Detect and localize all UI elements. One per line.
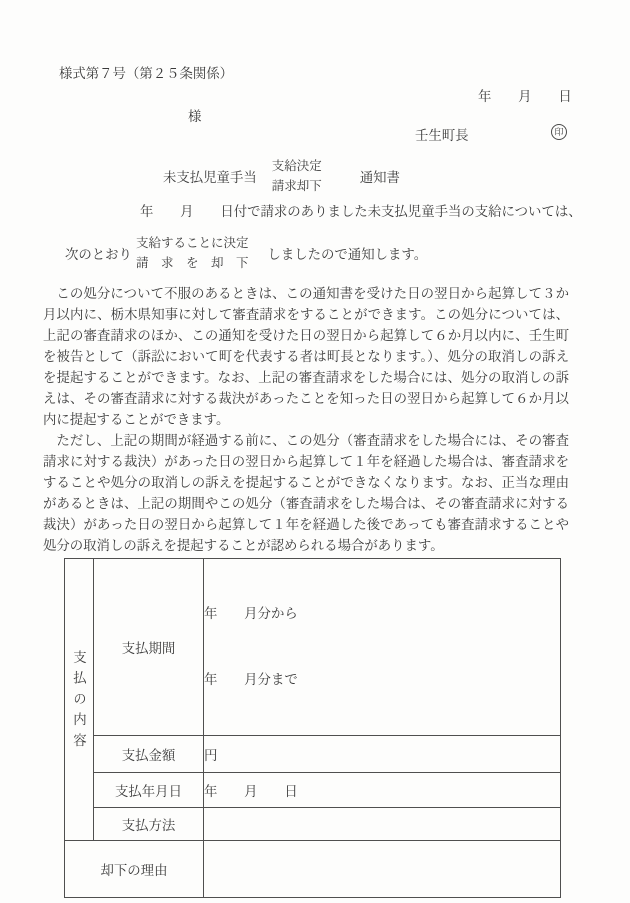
table-row-rejection-reason: 却下の理由 bbox=[65, 841, 561, 898]
seal-label: 印 bbox=[554, 127, 563, 137]
value-payment-method bbox=[204, 808, 561, 841]
value-payment-date: 年 月 日 bbox=[204, 773, 561, 808]
table-row-payment-amount: 支払金額 円 bbox=[65, 736, 561, 773]
decision-choice-stack: 支給することに決定 請 求 を 却 下 bbox=[136, 233, 249, 273]
label-rejection-reason: 却下の理由 bbox=[65, 841, 204, 898]
label-payment-period: 支払期間 bbox=[94, 559, 204, 736]
appeal-paragraph-2: ただし、上記の期間が経過する前に、この処分（審査請求をした場合には、その審査請求… bbox=[43, 430, 569, 556]
value-rejection-reason bbox=[204, 841, 561, 898]
value-payment-period: 年 月分から 年 月分まで bbox=[204, 559, 561, 736]
title-choice-stack: 支給決定 請求却下 bbox=[272, 156, 322, 196]
issue-date-blanks: 年 月 日 bbox=[478, 86, 572, 105]
addressee-suffix: 様 bbox=[188, 106, 201, 125]
group-header-payment-contents: 支払の内容 bbox=[65, 559, 94, 841]
title-suffix: 通知書 bbox=[360, 167, 400, 186]
title-choice-approval: 支給決定 bbox=[272, 156, 322, 176]
appeal-paragraph-1: この処分について不服のあるときは、この通知書を受けた日の翌日から起算して３か月以… bbox=[43, 283, 569, 430]
title-choice-rejection: 請求却下 bbox=[272, 176, 322, 196]
decision-line: 次のとおり 支給することに決定 請 求 を 却 下 しましたので通知します。 bbox=[65, 232, 427, 274]
document-title: 未支払児童手当 支給決定 請求却下 通知書 bbox=[163, 155, 400, 197]
payment-period-from: 年 月分から bbox=[204, 603, 560, 625]
seal-icon: 印 bbox=[551, 124, 567, 140]
label-payment-amount: 支払金額 bbox=[94, 736, 204, 773]
payment-period-to: 年 月分まで bbox=[204, 669, 560, 691]
payment-details-table: 支払の内容 支払期間 年 月分から 年 月分まで 支払金額 円 支払年月日 年 … bbox=[64, 558, 561, 898]
decision-tail: しましたので通知します。 bbox=[267, 244, 427, 263]
table-row-payment-period: 支払の内容 支払期間 年 月分から 年 月分まで bbox=[65, 559, 561, 736]
opening-line: 年 月 日付で請求のありました未支払児童手当の支給については、 bbox=[140, 201, 582, 220]
title-prefix: 未支払児童手当 bbox=[163, 167, 257, 186]
appeal-information: この処分について不服のあるときは、この通知書を受けた日の翌日から起算して３か月以… bbox=[43, 283, 569, 556]
value-payment-amount: 円 bbox=[204, 736, 561, 773]
label-payment-method: 支払方法 bbox=[94, 808, 204, 841]
label-payment-date: 支払年月日 bbox=[94, 773, 204, 808]
decision-choice-rejection: 請 求 を 却 下 bbox=[136, 253, 249, 273]
document-page: 様式第７号（第２５条関係） 年 月 日 様 壬生町長 印 未支払児童手当 支給決… bbox=[0, 0, 630, 903]
issuer-name: 壬生町長 bbox=[415, 125, 469, 144]
table-row-payment-date: 支払年月日 年 月 日 bbox=[65, 773, 561, 808]
table-row-payment-method: 支払方法 bbox=[65, 808, 561, 841]
decision-choice-approval: 支給することに決定 bbox=[136, 233, 249, 253]
decision-lead: 次のとおり bbox=[65, 244, 132, 263]
form-number: 様式第７号（第２５条関係） bbox=[59, 63, 233, 82]
